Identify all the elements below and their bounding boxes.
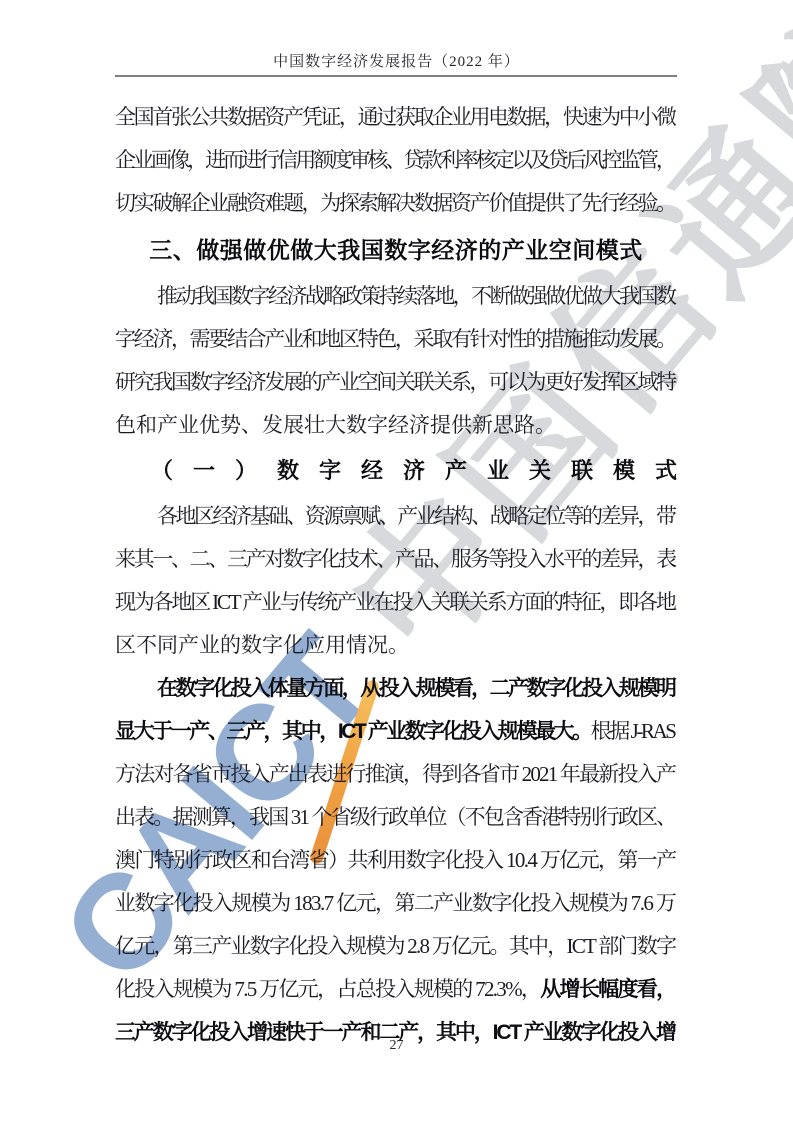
line-text: 全国首张公共数据资产凭证，通过获取企业用电数据，快速为中小微 [115, 105, 675, 129]
line-text: 出表。据测算，我国 31 个省级行政单位（不包含香港特别行政区、 [115, 805, 675, 829]
line-text: 三、做强做优做大我国数字经济的产业空间模式 [149, 237, 643, 263]
text-run: 根据 J-RAS [591, 719, 675, 743]
line-text: 显大于一产、三产，其中，ICT 产业数字化投入规模最大。根据 J-RAS [115, 719, 674, 743]
page-footer: 27 [0, 1038, 793, 1054]
subsection-heading: （一）数字经济产业关联模式 [115, 447, 677, 495]
text-run: （一）数字经济产业关联模式 [151, 458, 697, 483]
line-text: 企业画像，进而进行信用额度审核、贷款利率核定以及贷后风控监管， [115, 148, 674, 172]
text-run: 企业画像，进而进行信用额度审核、贷款利率核定以及贷后风控监管， [115, 148, 674, 172]
text-line: 区不同产业的数字化应用情况。 [115, 624, 677, 667]
line-text: 区不同产业的数字化应用情况。 [115, 633, 409, 657]
line-text: 澳门特别行政区和台湾省）共利用数字化投入 10.4 万亿元，第一产 [115, 848, 675, 872]
text-run: 三、做强做优做大我国数字经济的产业空间模式 [149, 237, 643, 263]
text-run: 现为各地区 ICT 产业与传统产业在投入关联关系方面的特征，即各地 [115, 590, 675, 614]
line-text: 亿元，第三产业数字化投入规模为 2.8 万亿元。其中，ICT 部门数字 [115, 934, 675, 958]
text-line: 业数字化投入规模为 183.7 亿元，第二产业数字化投入规模为 7.6 万 [115, 882, 677, 925]
line-text: 在数字化投入体量方面，从投入规模看，二产数字化投入规模明 [157, 676, 674, 700]
line-text: 化投入规模为 7.5 万亿元，占总投入规模的 72.3%，从增长幅度看， [115, 977, 675, 1001]
text-line: 现为各地区 ICT 产业与传统产业在投入关联关系方面的特征，即各地 [115, 581, 677, 624]
text-run: 研究我国数字经济发展的产业空间关联关系，可以为更好发挥区域特 [115, 370, 675, 394]
text-run: 方法对各省市投入产出表进行推演，得到各省市 2021 年最新投入产 [115, 762, 675, 786]
text-line: 全国首张公共数据资产凭证，通过获取企业用电数据，快速为中小微 [115, 96, 677, 139]
text-line: 在数字化投入体量方面，从投入规模看，二产数字化投入规模明 [115, 667, 677, 710]
section-heading: 三、做强做优做大我国数字经济的产业空间模式 [115, 225, 677, 275]
text-run: 澳门特别行政区和台湾省）共利用数字化投入 10.4 万亿元，第一产 [115, 848, 675, 872]
text-line: 显大于一产、三产，其中，ICT 产业数字化投入规模最大。根据 J-RAS [115, 710, 677, 753]
text-run: 出表。据测算，我国 31 个省级行政单位（不包含香港特别行政区、 [115, 805, 675, 829]
text-line: 方法对各省市投入产出表进行推演，得到各省市 2021 年最新投入产 [115, 753, 677, 796]
text-line: 色和产业优势、发展壮大数字经济提供新思路。 [115, 404, 677, 447]
text-run: 推动我国数字经济战略政策持续落地，不断做强做优做大我国数 [157, 284, 674, 308]
text-line: 来其一、二、三产对数字化技术、产品、服务等投入水平的差异，表 [115, 538, 677, 581]
text-line: 研究我国数字经济发展的产业空间关联关系，可以为更好发挥区域特 [115, 361, 677, 404]
line-text: 方法对各省市投入产出表进行推演，得到各省市 2021 年最新投入产 [115, 762, 675, 786]
text-run: 区不同产业的数字化应用情况。 [115, 633, 409, 657]
text-line: 澳门特别行政区和台湾省）共利用数字化投入 10.4 万亿元，第一产 [115, 839, 677, 882]
line-text: 业数字化投入规模为 183.7 亿元，第二产业数字化投入规模为 7.6 万 [115, 891, 675, 915]
text-run: 各地区经济基础、资源禀赋、产业结构、战略定位等的差异，带 [157, 504, 674, 528]
text-run: 在数字化投入体量方面，从投入规模看，二产数字化投入规模明 [157, 677, 674, 700]
text-run: 全国首张公共数据资产凭证，通过获取企业用电数据，快速为中小微 [115, 105, 675, 129]
document-page: 中国数字经济发展报告（2022 年） CAICT 中国信通院 全国首张公共数据资… [0, 0, 793, 1122]
line-text: 色和产业优势、发展壮大数字经济提供新思路。 [115, 413, 556, 437]
header-rule [115, 75, 677, 77]
text-run: 化投入规模为 7.5 万亿元，占总投入规模的 72.3%， [115, 977, 540, 1001]
page-number: 27 [390, 1038, 404, 1053]
text-run: 来其一、二、三产对数字化技术、产品、服务等投入水平的差异，表 [115, 547, 675, 571]
text-run: 亿元，第三产业数字化投入规模为 2.8 万亿元。其中，ICT 部门数字 [115, 934, 675, 958]
line-text: 研究我国数字经济发展的产业空间关联关系，可以为更好发挥区域特 [115, 370, 675, 394]
header-title: 中国数字经济发展报告（2022 年） [0, 50, 793, 71]
text-run: 显大于一产、三产，其中，ICT 产业数字化投入规模最大。 [115, 720, 591, 743]
line-text: 现为各地区 ICT 产业与传统产业在投入关联关系方面的特征，即各地 [115, 590, 675, 614]
line-text: 字经济，需要结合产业和地区特色，采取有针对性的措施推动发展。 [115, 327, 675, 351]
text-run: 切实破解企业融资难题，为探索解决数据资产价值提供了先行经验。 [115, 191, 675, 215]
line-text: 来其一、二、三产对数字化技术、产品、服务等投入水平的差异，表 [115, 547, 675, 571]
text-line: 亿元，第三产业数字化投入规模为 2.8 万亿元。其中，ICT 部门数字 [115, 925, 677, 968]
text-line: 化投入规模为 7.5 万亿元，占总投入规模的 72.3%，从增长幅度看， [115, 968, 677, 1011]
text-run: 色和产业优势、发展壮大数字经济提供新思路。 [115, 413, 556, 437]
line-text: 推动我国数字经济战略政策持续落地，不断做强做优做大我国数 [157, 284, 674, 308]
text-run: 从增长幅度看， [540, 978, 675, 1001]
text-line: 切实破解企业融资难题，为探索解决数据资产价值提供了先行经验。 [115, 182, 677, 225]
text-run: 字经济，需要结合产业和地区特色，采取有针对性的措施推动发展。 [115, 327, 675, 351]
text-line: 出表。据测算，我国 31 个省级行政单位（不包含香港特别行政区、 [115, 796, 677, 839]
document-body: 全国首张公共数据资产凭证，通过获取企业用电数据，快速为中小微企业画像，进而进行信… [115, 96, 677, 1054]
text-line: 各地区经济基础、资源禀赋、产业结构、战略定位等的差异，带 [115, 495, 677, 538]
text-line: 字经济，需要结合产业和地区特色，采取有针对性的措施推动发展。 [115, 318, 677, 361]
text-line: 企业画像，进而进行信用额度审核、贷款利率核定以及贷后风控监管， [115, 139, 677, 182]
text-line: 推动我国数字经济战略政策持续落地，不断做强做优做大我国数 [115, 275, 677, 318]
line-text: （一）数字经济产业关联模式 [151, 458, 697, 483]
text-run: 业数字化投入规模为 183.7 亿元，第二产业数字化投入规模为 7.6 万 [115, 891, 675, 915]
line-text: 各地区经济基础、资源禀赋、产业结构、战略定位等的差异，带 [157, 504, 674, 528]
line-text: 切实破解企业融资难题，为探索解决数据资产价值提供了先行经验。 [115, 191, 675, 215]
